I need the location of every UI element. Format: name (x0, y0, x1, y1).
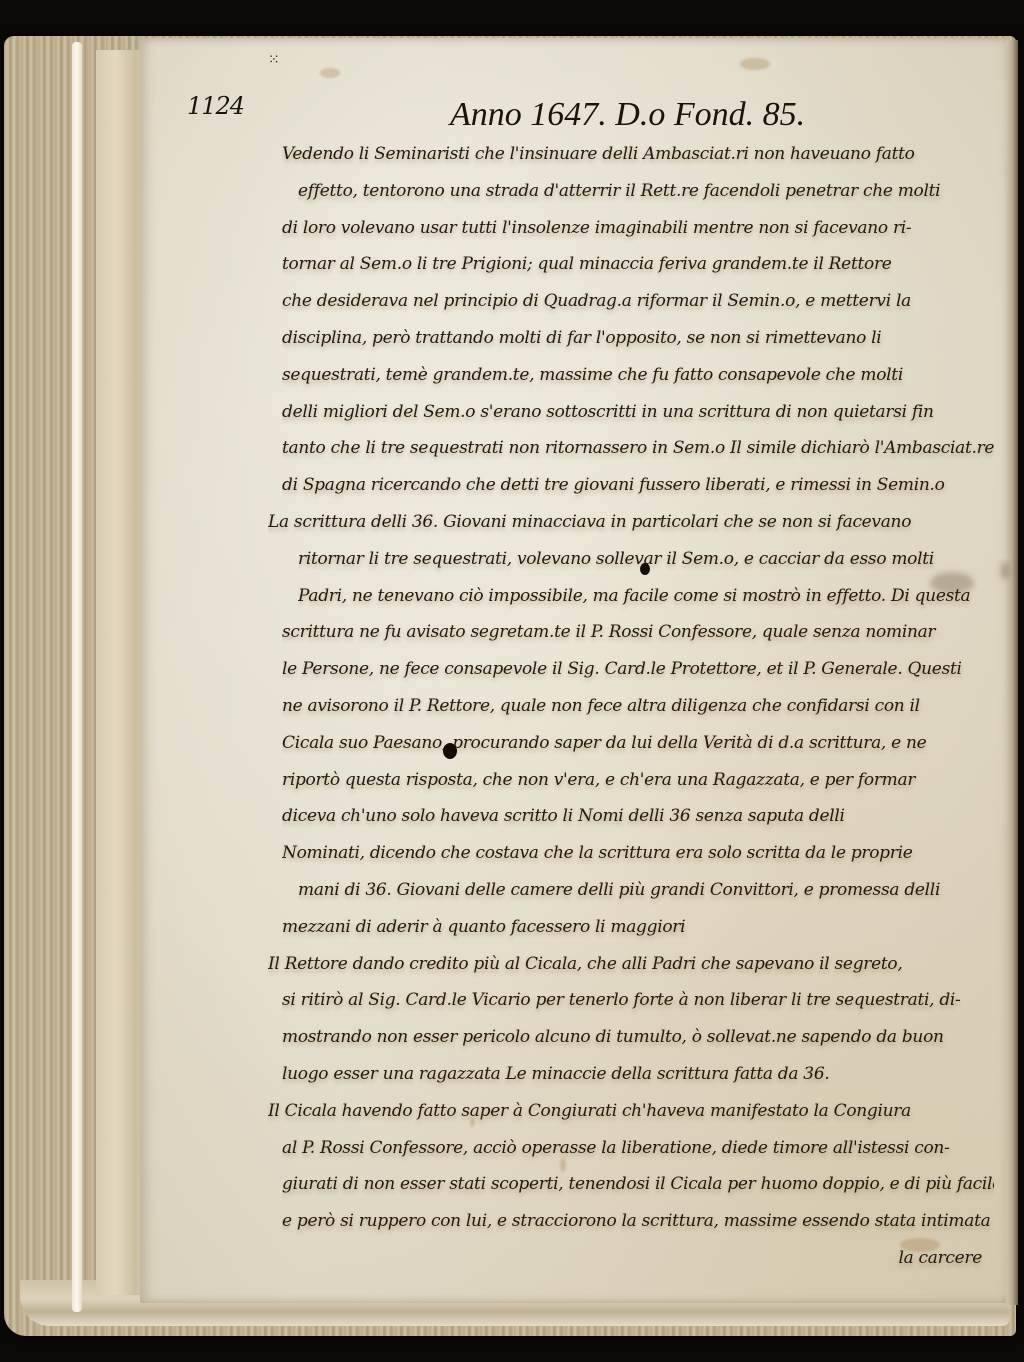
manuscript-line: diceva ch'uno solo haveva scritto li Nom… (282, 798, 994, 835)
manuscript-line: e però si ruppero con lui, e straccioron… (282, 1203, 994, 1240)
manuscript-line: Il Rettore dando credito più al Cicala, … (268, 946, 994, 983)
ink-blot (443, 743, 457, 759)
manuscript-text: Vedendo li Seminaristi che l'insinuare d… (282, 136, 994, 1277)
manuscript-line: mostrando non esser pericolo alcuno di t… (282, 1019, 994, 1056)
manuscript-line: si ritirò al Sig. Card.le Vicario per te… (282, 982, 994, 1019)
ink-blot (640, 563, 650, 575)
manuscript-line: di Spagna ricercando che detti tre giova… (282, 467, 994, 504)
manuscript-line: Cicala suo Paesano, procurando saper da … (282, 725, 994, 762)
page-edge-stain (1000, 562, 1010, 580)
foxing-spot (320, 68, 340, 78)
manuscript-line: delli migliori del Sem.o s'erano sottosc… (282, 394, 994, 431)
ink-dots: ⁙ (268, 52, 280, 69)
manuscript-line: Nominati, dicendo che costava che la scr… (282, 835, 994, 872)
manuscript-line: riportò questa risposta, che non v'era, … (282, 762, 994, 799)
manuscript-line: effetto, tentorono una strada d'atterrir… (298, 173, 994, 210)
manuscript-line: la carcere (282, 1240, 994, 1277)
foxing-spot (740, 58, 770, 70)
manuscript-line: tanto che li tre sequestrati non ritorna… (282, 430, 994, 467)
manuscript-line: La scrittura delli 36. Giovani minacciav… (268, 504, 994, 541)
folio-number: 1124 (187, 92, 244, 120)
manuscript-line: le Persone, ne fece consapevole il Sig. … (282, 651, 994, 688)
manuscript-line: tornar al Sem.o li tre Prigioni; qual mi… (282, 246, 994, 283)
manuscript-line: luogo esser una ragazzata Le minaccie de… (282, 1056, 994, 1093)
page-edge-highlight (72, 42, 82, 1312)
manuscript-line: sequestrati, temè grandem.te, massime ch… (282, 357, 994, 394)
manuscript-line: al P. Rossi Confessore, acciò operasse l… (282, 1130, 994, 1167)
manuscript-line: ne avisorono il P. Rettore, quale non fe… (282, 688, 994, 725)
manuscript-line: Il Cicala havendo fatto saper à Congiura… (268, 1093, 994, 1130)
manuscript-line: mezzani di aderir à quanto facessero li … (282, 909, 994, 946)
page-heading: Anno 1647. D.o Fond. 85. (450, 96, 805, 134)
manuscript-line: che desiderava nel principio di Quadrag.… (282, 283, 994, 320)
manuscript-line: scrittura ne fu avisato segretam.te il P… (282, 614, 994, 651)
manuscript-line: Vedendo li Seminaristi che l'insinuare d… (282, 136, 994, 173)
manuscript-line: di loro volevano usar tutti l'insolenze … (282, 210, 994, 247)
page-right-edge (1006, 40, 1018, 1305)
manuscript-line: disciplina, però trattando molti di far … (282, 320, 994, 357)
manuscript-line: Padri, ne tenevano ciò impossibile, ma f… (298, 578, 994, 615)
manuscript-line: mani di 36. Giovani delle camere delli p… (298, 872, 994, 909)
manuscript-line: giurati di non esser stati scoperti, ten… (282, 1166, 994, 1203)
